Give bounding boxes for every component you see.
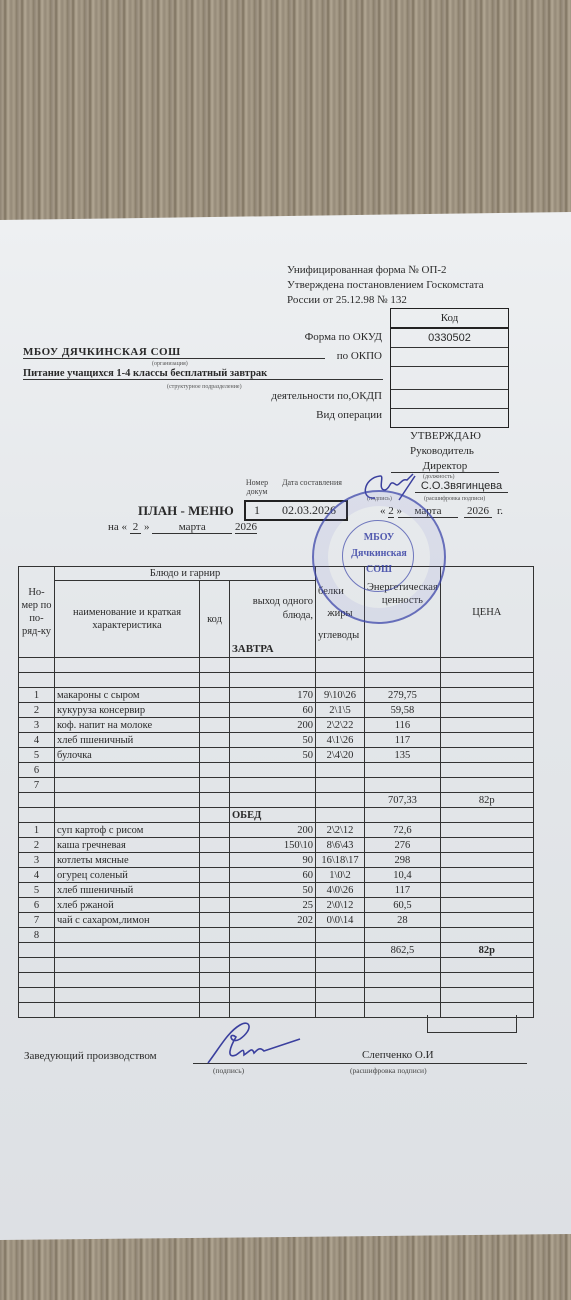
okud-label: Форма по ОКУД	[300, 331, 382, 343]
table-row: 6	[19, 763, 534, 778]
footer-name-caption: (расшифровка подписи)	[350, 1066, 427, 1075]
row-number: 5	[19, 883, 55, 898]
table-row: 8	[19, 928, 534, 943]
empty-cell	[316, 673, 365, 688]
dish-yield: 90	[230, 853, 316, 868]
footer-signature-caption: (подпись)	[213, 1066, 244, 1075]
row-number: 6	[19, 763, 55, 778]
number-label: Номер докум	[244, 478, 270, 496]
dish-code	[200, 763, 230, 778]
dish-yield: 60	[230, 703, 316, 718]
table-row: 5хлеб пшеничный504\0\26117	[19, 883, 534, 898]
dish-code	[200, 778, 230, 793]
code-blank-value	[391, 367, 508, 390]
empty-cell	[230, 973, 316, 988]
approval-title: УТВЕРЖДАЮ	[410, 430, 481, 442]
empty-cell	[19, 793, 55, 808]
table-row: 4хлеб пшеничный504\1\26117	[19, 733, 534, 748]
dish-price	[440, 928, 533, 943]
dish-name: хлеб пшеничный	[55, 883, 200, 898]
date-label: Дата составления	[280, 478, 344, 487]
header-number: Но-мер по по-ряд-ку	[19, 567, 55, 658]
for-year: 2026	[235, 521, 257, 534]
dish-yield	[230, 763, 316, 778]
total-price: 82р	[440, 943, 533, 958]
manager-signature-icon	[200, 1017, 310, 1067]
code-header: Код	[391, 309, 508, 329]
dish-energy: 117	[365, 883, 441, 898]
code-box: Код 0330502	[390, 308, 509, 428]
dish-energy: 10,4	[365, 868, 441, 883]
empty-cell	[230, 793, 316, 808]
empty-cell	[440, 673, 533, 688]
dish-code	[200, 913, 230, 928]
dish-code	[200, 823, 230, 838]
empty-cell	[19, 943, 55, 958]
dish-name: коф. напит на молоке	[55, 718, 200, 733]
total-price: 82р	[440, 793, 533, 808]
header-yield-text: выход одного блюда,	[253, 596, 313, 621]
dish-price	[440, 838, 533, 853]
dish-yield: 25	[230, 898, 316, 913]
dish-bju: 2\1\5	[316, 703, 365, 718]
empty-cell	[55, 793, 200, 808]
dish-price	[440, 823, 533, 838]
dish-price	[440, 778, 533, 793]
dish-code	[200, 703, 230, 718]
header-yield: выход одного блюда, ЗАВТРА	[230, 581, 316, 658]
table-row: 1суп картоф с рисом2002\2\1272,6	[19, 823, 534, 838]
approval-name: С.О.Звягинцева	[415, 480, 508, 493]
dish-yield: 50	[230, 748, 316, 763]
stamp-line1: МБОУ	[314, 532, 444, 543]
row-number: 1	[19, 688, 55, 703]
dish-code	[200, 838, 230, 853]
okpo-value	[391, 348, 508, 367]
table-row	[19, 673, 534, 688]
dish-yield: 200	[230, 718, 316, 733]
dish-name	[55, 928, 200, 943]
row-number: 6	[19, 898, 55, 913]
table-row: 3котлеты мясные9016\18\17298	[19, 853, 534, 868]
total-energy: 707,33	[365, 793, 441, 808]
header-price: ЦЕНА	[440, 567, 533, 658]
dish-code	[200, 853, 230, 868]
stamp-line2: Дячкинская	[314, 548, 444, 559]
empty-cell	[200, 943, 230, 958]
dish-code	[200, 868, 230, 883]
operation-label: Вид операции	[300, 409, 382, 421]
dish-energy: 279,75	[365, 688, 441, 703]
row-number: 7	[19, 913, 55, 928]
okdp-value	[391, 390, 508, 409]
dish-code	[200, 733, 230, 748]
document-title: ПЛАН - МЕНЮ	[138, 503, 234, 519]
dish-bju: 2\4\20	[316, 748, 365, 763]
table-row: 7	[19, 778, 534, 793]
dish-name: котлеты мясные	[55, 853, 200, 868]
dish-code	[200, 883, 230, 898]
empty-cell	[55, 958, 200, 973]
empty-cell	[230, 658, 316, 673]
dish-name: суп картоф с рисом	[55, 823, 200, 838]
dish-code	[200, 718, 230, 733]
dish-code	[200, 688, 230, 703]
dish-energy	[365, 763, 441, 778]
organization-name: МБОУ ДЯЧКИНСКАЯ СОШ	[23, 346, 325, 359]
header-carbs: углеводы	[318, 625, 362, 647]
dish-price	[440, 763, 533, 778]
dish-price	[440, 913, 533, 928]
official-stamp: МБОУ Дячкинская СОШ	[312, 490, 446, 624]
dish-energy: 276	[365, 838, 441, 853]
empty-cell	[440, 958, 533, 973]
empty-cell	[55, 973, 200, 988]
empty-cell	[365, 958, 441, 973]
empty-cell	[230, 958, 316, 973]
dish-price	[440, 733, 533, 748]
empty-cell	[365, 988, 441, 1003]
empty-cell	[19, 1003, 55, 1018]
table-row: 2кукуруза консервир602\1\559,58	[19, 703, 534, 718]
organization-caption: (организация)	[152, 361, 188, 367]
empty-cell	[316, 1003, 365, 1018]
dish-yield	[230, 778, 316, 793]
approval-year: 2026	[464, 505, 492, 518]
empty-cell	[19, 988, 55, 1003]
empty-cell	[200, 973, 230, 988]
row-number: 2	[19, 838, 55, 853]
dish-bju	[316, 778, 365, 793]
row-number: 3	[19, 853, 55, 868]
empty-cell	[230, 943, 316, 958]
dish-energy: 298	[365, 853, 441, 868]
empty-cell	[55, 808, 200, 823]
dish-energy	[365, 928, 441, 943]
dish-energy: 135	[365, 748, 441, 763]
division-caption: (структурное подразделение)	[167, 384, 242, 390]
empty-cell	[19, 673, 55, 688]
dish-yield: 200	[230, 823, 316, 838]
empty-cell	[316, 973, 365, 988]
header-name: наименование и краткая характеристика	[55, 581, 200, 658]
dish-bju: 1\0\2	[316, 868, 365, 883]
total-energy: 862,5	[365, 943, 441, 958]
dish-bju: 8\6\43	[316, 838, 365, 853]
table-row	[19, 988, 534, 1003]
for-prefix: на	[108, 521, 119, 533]
for-day: 2	[130, 521, 142, 534]
empty-cell	[316, 958, 365, 973]
dish-yield: 60	[230, 868, 316, 883]
empty-cell	[316, 658, 365, 673]
header-code: код	[200, 581, 230, 658]
empty-cell	[200, 793, 230, 808]
division-name: Питание учащихся 1-4 классы бесплатный з…	[23, 368, 383, 380]
dish-price	[440, 748, 533, 763]
dish-bju: 2\0\12	[316, 898, 365, 913]
empty-cell	[316, 793, 365, 808]
total-row: 862,582р	[19, 943, 534, 958]
table-row: 4огурец соленый601\0\210,4	[19, 868, 534, 883]
dish-name: макароны с сыром	[55, 688, 200, 703]
table-row	[19, 658, 534, 673]
row-number: 1	[19, 823, 55, 838]
empty-cell	[19, 808, 55, 823]
dish-bju: 16\18\17	[316, 853, 365, 868]
empty-cell	[440, 973, 533, 988]
empty-cell	[200, 808, 230, 823]
dish-energy: 117	[365, 733, 441, 748]
dish-yield: 202	[230, 913, 316, 928]
dish-bju	[316, 763, 365, 778]
menu-table: Но-мер по по-ряд-ку Блюдо и гарнир белки…	[18, 566, 534, 1018]
dish-energy: 60,5	[365, 898, 441, 913]
empty-cell	[365, 808, 441, 823]
dish-bju	[316, 928, 365, 943]
dish-name: чай с сахаром,лимон	[55, 913, 200, 928]
breakfast-section-label: ЗАВТРА	[232, 642, 274, 656]
dish-name: каша гречневая	[55, 838, 200, 853]
table-row: 2каша гречневая150\108\6\43276	[19, 838, 534, 853]
dish-code	[200, 898, 230, 913]
okdp-label: деятельности по,ОКДП	[240, 390, 382, 402]
dish-price	[440, 703, 533, 718]
dish-bju: 4\0\26	[316, 883, 365, 898]
total-row: 707,3382р	[19, 793, 534, 808]
dish-name: хлеб пшеничный	[55, 733, 200, 748]
approval-year-suffix: г.	[497, 505, 503, 517]
dish-price	[440, 883, 533, 898]
empty-cell	[440, 808, 533, 823]
dish-price	[440, 868, 533, 883]
form-header-line2: Утверждена постановлением Госкомстата	[287, 279, 484, 291]
dish-bju: 0\0\14	[316, 913, 365, 928]
for-date: на « 2 » марта 2026	[108, 521, 257, 534]
dish-code	[200, 748, 230, 763]
dish-name: хлеб ржаной	[55, 898, 200, 913]
dish-name: булочка	[55, 748, 200, 763]
empty-cell	[55, 943, 200, 958]
empty-cell	[316, 808, 365, 823]
stamp-line3: СОШ	[314, 564, 444, 575]
empty-cell	[316, 943, 365, 958]
dish-energy: 59,58	[365, 703, 441, 718]
dish-energy	[365, 778, 441, 793]
dish-bju: 9\10\26	[316, 688, 365, 703]
table-row: 7чай с сахаром,лимон2020\0\1428	[19, 913, 534, 928]
dish-bju: 2\2\22	[316, 718, 365, 733]
operation-value	[391, 409, 508, 427]
empty-cell	[55, 988, 200, 1003]
dish-yield: 170	[230, 688, 316, 703]
dish-bju: 4\1\26	[316, 733, 365, 748]
footer-name: Слепченко О.И	[362, 1049, 434, 1061]
dish-name: огурец соленый	[55, 868, 200, 883]
empty-cell	[200, 958, 230, 973]
header-group: Блюдо и гарнир	[55, 567, 316, 581]
empty-cell	[55, 658, 200, 673]
table-row	[19, 958, 534, 973]
form-header-line3: России от 25.12.98 № 132	[287, 294, 407, 306]
table-row: 1макароны с сыром1709\10\26279,75	[19, 688, 534, 703]
dish-energy: 116	[365, 718, 441, 733]
row-number: 2	[19, 703, 55, 718]
price-extra-box	[427, 1015, 517, 1033]
document-number: 1	[254, 503, 260, 518]
table-row: 5булочка502\4\20135	[19, 748, 534, 763]
empty-cell	[230, 673, 316, 688]
table-row: 6хлеб ржаной252\0\1260,5	[19, 898, 534, 913]
empty-cell	[200, 988, 230, 1003]
table-row: 3коф. напит на молоке2002\2\22116	[19, 718, 534, 733]
row-number: 3	[19, 718, 55, 733]
empty-cell	[19, 958, 55, 973]
dish-energy: 28	[365, 913, 441, 928]
dish-name	[55, 778, 200, 793]
dish-name: кукуруза консервир	[55, 703, 200, 718]
dish-yield	[230, 928, 316, 943]
approval-name-caption: (расшифровка подписи)	[424, 496, 485, 502]
lunch-section-row: ОБЕД	[19, 808, 534, 823]
empty-cell	[365, 973, 441, 988]
row-number: 8	[19, 928, 55, 943]
row-number: 7	[19, 778, 55, 793]
lunch-section-label: ОБЕД	[230, 808, 316, 823]
dish-energy: 72,6	[365, 823, 441, 838]
dish-name	[55, 763, 200, 778]
dish-price	[440, 898, 533, 913]
empty-cell	[440, 658, 533, 673]
row-number: 4	[19, 733, 55, 748]
empty-cell	[440, 988, 533, 1003]
empty-cell	[55, 1003, 200, 1018]
for-month: марта	[152, 521, 232, 534]
dish-price	[440, 718, 533, 733]
empty-cell	[55, 673, 200, 688]
empty-cell	[19, 658, 55, 673]
dish-price	[440, 853, 533, 868]
empty-cell	[316, 988, 365, 1003]
form-header-line1: Унифицированная форма № ОП-2	[287, 264, 447, 276]
dish-yield: 50	[230, 733, 316, 748]
empty-cell	[19, 973, 55, 988]
dish-code	[200, 928, 230, 943]
empty-cell	[200, 658, 230, 673]
empty-cell	[230, 988, 316, 1003]
table-row	[19, 973, 534, 988]
footer-role: Заведующий производством	[24, 1050, 157, 1062]
dish-bju: 2\2\12	[316, 823, 365, 838]
dish-yield: 150\10	[230, 838, 316, 853]
okud-value: 0330502	[391, 329, 508, 348]
row-number: 5	[19, 748, 55, 763]
dish-yield: 50	[230, 883, 316, 898]
empty-cell	[365, 658, 441, 673]
empty-cell	[230, 1003, 316, 1018]
empty-cell	[200, 1003, 230, 1018]
empty-cell	[365, 673, 441, 688]
empty-cell	[200, 673, 230, 688]
approval-role: Руководитель	[410, 445, 474, 457]
dish-price	[440, 688, 533, 703]
row-number: 4	[19, 868, 55, 883]
